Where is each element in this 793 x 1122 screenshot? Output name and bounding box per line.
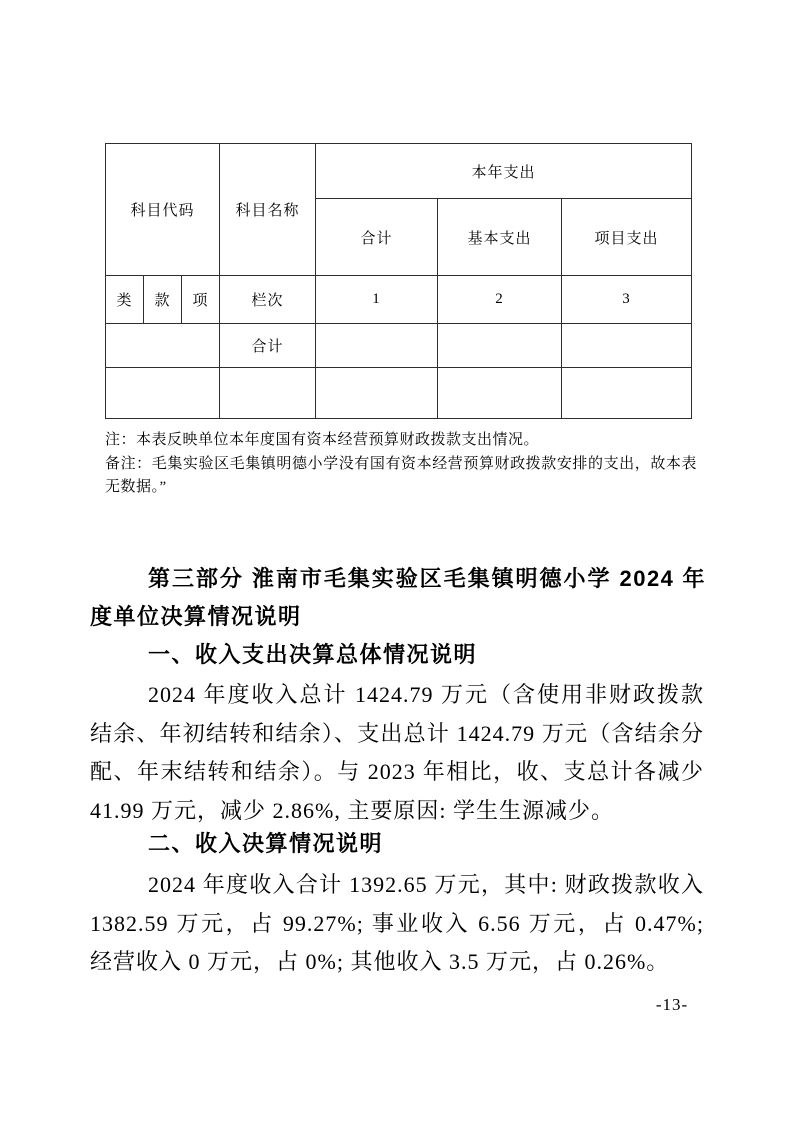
index-column-label: 栏次 — [220, 276, 316, 324]
table-header-row-1: 科目代码 科目名称 本年支出 — [106, 144, 692, 199]
table-remark: 备注：毛集实验区毛集镇明德小学没有国有资本经营预算财政拨款安排的支出，故本表无数… — [105, 453, 697, 500]
cell-code-empty — [106, 368, 220, 419]
table-note: 注：本表反映单位本年度国有资本经营预算财政拨款支出情况。 — [105, 429, 697, 453]
section2-paragraph: 2024 年度收入合计 1392.65 万元，其中: 财政拨款收入 1382.5… — [90, 866, 704, 982]
cell-code-empty — [106, 324, 220, 368]
cell-project-value — [562, 368, 692, 419]
cell-basic-value — [438, 368, 562, 419]
table-row-total: 合计 — [106, 324, 692, 368]
index-item: 项 — [182, 276, 220, 324]
header-basic-expenditure: 基本支出 — [438, 199, 562, 276]
expenditure-table: 科目代码 科目名称 本年支出 合计 基本支出 项目支出 类 款 项 栏次 1 2… — [105, 143, 692, 419]
header-project-expenditure: 项目支出 — [562, 199, 692, 276]
document-page: 科目代码 科目名称 本年支出 合计 基本支出 项目支出 类 款 项 栏次 1 2… — [0, 0, 793, 1122]
index-section: 款 — [144, 276, 182, 324]
index-class: 类 — [106, 276, 144, 324]
cell-basic-value — [438, 324, 562, 368]
index-col-3: 3 — [562, 276, 692, 324]
table-row-empty — [106, 368, 692, 419]
table-notes: 注：本表反映单位本年度国有资本经营预算财政拨款支出情况。 备注：毛集实验区毛集镇… — [105, 429, 697, 500]
cell-subject-total: 合计 — [220, 324, 316, 368]
cell-subject-empty — [220, 368, 316, 419]
section2-heading: 二、收入决算情况说明 — [90, 829, 706, 859]
page-number: -13- — [644, 995, 700, 1015]
header-subject-name: 科目名称 — [220, 144, 316, 276]
header-subject-code: 科目代码 — [106, 144, 220, 276]
cell-total-value — [316, 368, 438, 419]
section1-paragraph: 2024 年度收入总计 1424.79 万元（含使用非财政拨款结余、年初结转和结… — [90, 676, 704, 830]
index-col-1: 1 — [316, 276, 438, 324]
section1-heading: 一、收入支出决算总体情况说明 — [90, 640, 706, 670]
header-current-year-expenditure: 本年支出 — [316, 144, 692, 199]
table-index-row: 类 款 项 栏次 1 2 3 — [106, 276, 692, 324]
header-total: 合计 — [316, 199, 438, 276]
index-col-2: 2 — [438, 276, 562, 324]
cell-project-value — [562, 324, 692, 368]
cell-total-value — [316, 324, 438, 368]
part3-heading: 第三部分 淮南市毛集实验区毛集镇明德小学 2024 年度单位决算情况说明 — [90, 560, 706, 636]
